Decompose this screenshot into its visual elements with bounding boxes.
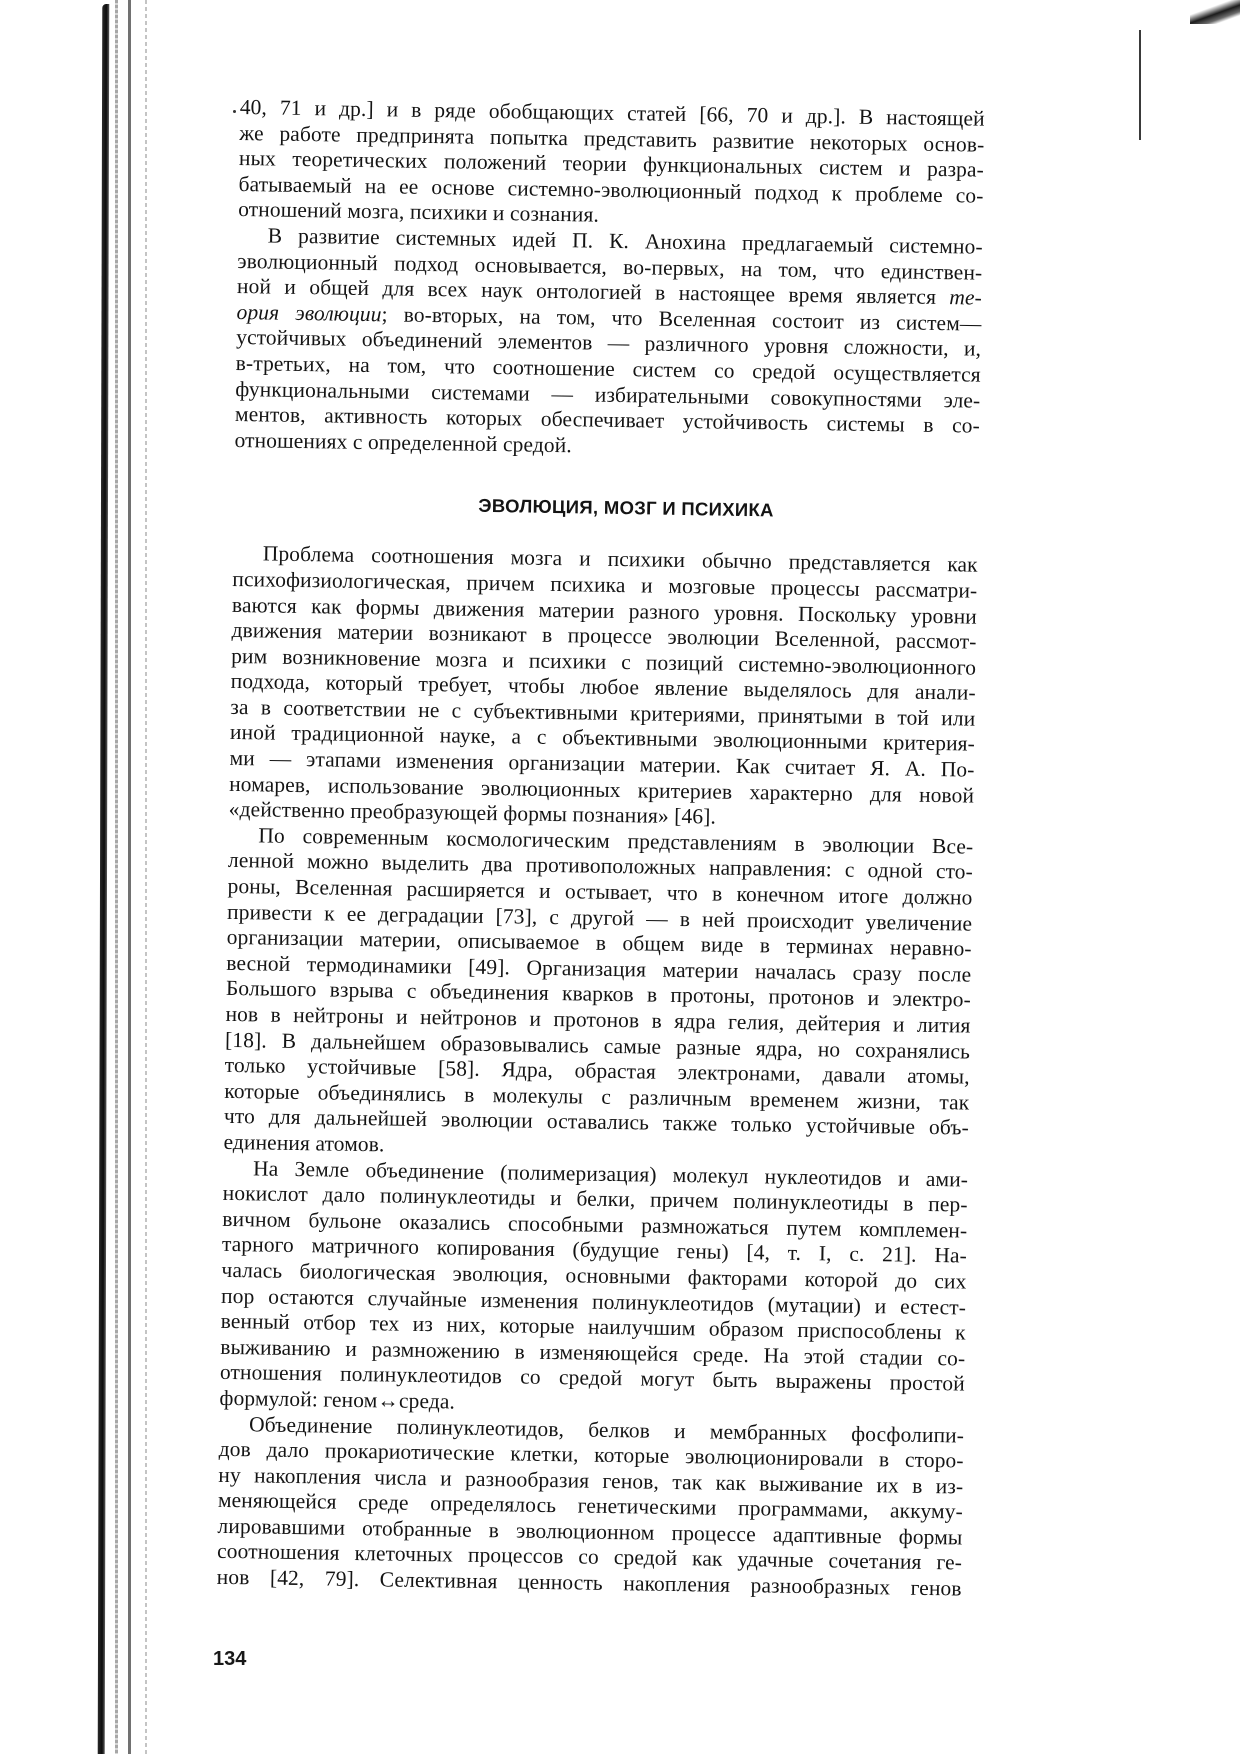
- page-edge-line: [1139, 30, 1141, 140]
- italic-term: ория эволюции: [236, 300, 381, 326]
- paragraph-biological-evolution: На Земле объединение (полимеризация) мол…: [219, 1155, 968, 1423]
- paragraph-brain-psyche-problem: Проблема соотношения мозга и психики обы…: [229, 541, 978, 834]
- section-heading: ЭВОЛЮЦИЯ, МОЗГ И ПСИХИКА: [233, 491, 978, 525]
- page-stack-edge: [115, 0, 118, 1754]
- page-number: 134: [213, 1648, 246, 1671]
- book-binding-edge: [98, 4, 110, 1754]
- paragraph-system-evolution-approach: В развитие системных идей П. К. Анохина …: [234, 223, 983, 465]
- paragraph-cosmology: По современным космологическим представл…: [223, 823, 973, 1167]
- scan-speck: [233, 110, 236, 113]
- italic-term: те-: [949, 285, 982, 310]
- paragraph-prokaryotes: Объединение полинуклеотидов, белков и ме…: [217, 1411, 965, 1602]
- page-corner-shadow: [1190, 0, 1240, 24]
- page-stack-edge: [145, 0, 147, 1754]
- paragraph-intro: 40, 71 и др.] и в ряде обобщающих статей…: [238, 95, 985, 235]
- page-stack-edge: [128, 0, 131, 1754]
- page-text-block: 40, 71 и др.] и в ряде обобщающих статей…: [217, 95, 985, 1602]
